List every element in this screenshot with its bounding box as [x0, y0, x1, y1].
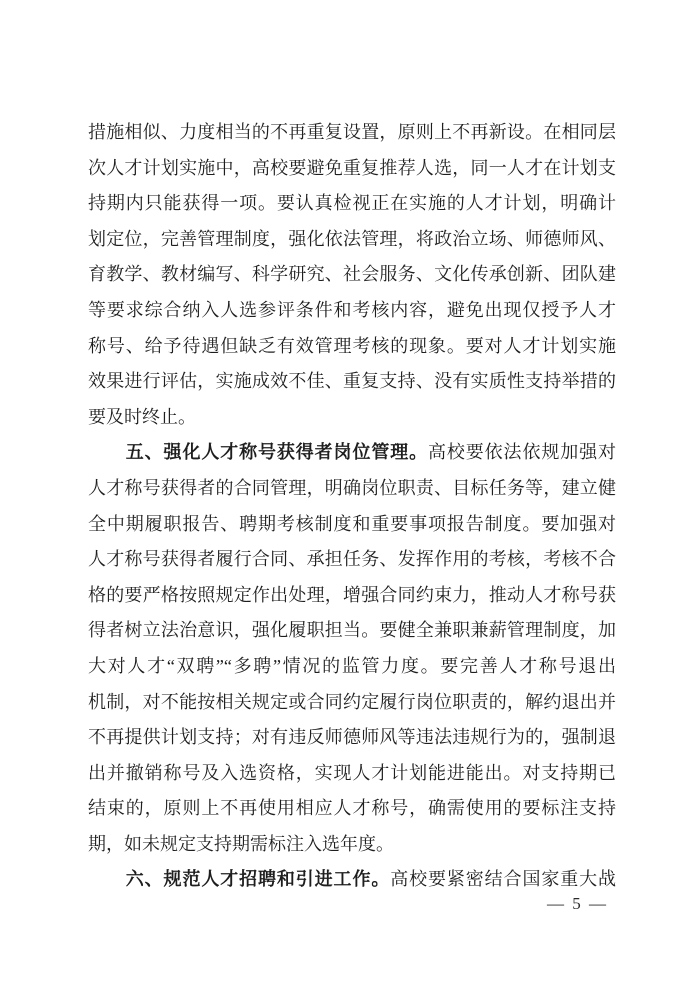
text-line: 措施相似、力度相当的不再重复设置，原则上不再新设。在相同层: [88, 115, 616, 151]
text-line: 次人才计划实施中，高校要避免重复推荐人选，同一人才在计划支: [88, 151, 616, 187]
text-line: 育教学、教材编写、科学研究、社会服务、文化传承创新、团队建设: [88, 257, 616, 293]
text-line: 效果进行评估，实施成效不佳、重复支持、没有实质性支持举措的: [88, 364, 616, 400]
text-segment: 措施相似、力度相当的不再重复设置，原则上不再新设。在相同层: [88, 122, 616, 142]
text-segment: 得者树立法治意识，强化履职担当。要健全兼职兼薪管理制度，加: [88, 620, 616, 640]
text-line: 不再提供计划支持；对有违反师德师风等违法违规行为的，强制退: [88, 720, 616, 756]
text-segment: 格的要严格按照规定作出处理，增强合同约束力，推动人才称号获: [88, 585, 616, 605]
text-line-section-5-heading: 五、强化人才称号获得者岗位管理。高校要依法依规加强对: [88, 435, 616, 471]
text-line: 人才称号获得者的合同管理，明确岗位职责、目标任务等，建立健: [88, 471, 616, 507]
text-segment: 期，如未规定支持期需标注入选年度。: [88, 834, 394, 854]
text-segment: 育教学、教材编写、科学研究、社会服务、文化传承创新、团队建设: [88, 264, 616, 293]
text-segment: 次人才计划实施中，高校要避免重复推荐人选，同一人才在计划支: [88, 158, 616, 178]
text-segment: 效果进行评估，实施成效不佳、重复支持、没有实质性支持举措的: [88, 371, 616, 391]
text-segment: 大对人才“双聘”“多聘”情况的监管力度。要完善人才称号退出: [88, 656, 616, 676]
text-line: 结束的，原则上不再使用相应人才称号，确需使用的要标注支持: [88, 791, 616, 827]
text-line: 人才称号获得者履行合同、承担任务、发挥作用的考核，考核不合: [88, 542, 616, 578]
text-segment: 高校要紧密结合国家重大战: [390, 869, 616, 889]
text-line: 等要求综合纳入人选参评条件和考核内容，避免出现仅授予人才: [88, 293, 616, 329]
text-line-section-6-heading: 六、规范人才招聘和引进工作。高校要紧密结合国家重大战: [88, 862, 616, 898]
text-line: 格的要严格按照规定作出处理，增强合同约束力，推动人才称号获: [88, 578, 616, 614]
text-segment: 划定位，完善管理制度，强化依法管理，将政治立场、师德师风、教: [88, 229, 616, 258]
text-line: 得者树立法治意识，强化履职担当。要健全兼职兼薪管理制度，加: [88, 613, 616, 649]
text-line: 期，如未规定支持期需标注入选年度。: [88, 827, 616, 863]
text-line: 全中期履职报告、聘期考核制度和重要事项报告制度。要加强对: [88, 507, 616, 543]
text-segment: 结束的，原则上不再使用相应人才称号，确需使用的要标注支持: [88, 798, 616, 818]
text-segment: 称号、给予待遇但缺乏有效管理考核的现象。要对人才计划实施: [88, 336, 616, 356]
document-text: 措施相似、力度相当的不再重复设置，原则上不再新设。在相同层 次人才计划实施中，高…: [88, 115, 616, 898]
text-segment: 人才称号获得者履行合同、承担任务、发挥作用的考核，考核不合: [88, 549, 616, 569]
bold-segment: 五、强化人才称号获得者岗位管理。: [88, 442, 428, 462]
text-line: 要及时终止。: [88, 400, 616, 436]
text-segment: 全中期履职报告、聘期考核制度和重要事项报告制度。要加强对: [88, 514, 616, 534]
document-page: 措施相似、力度相当的不再重复设置，原则上不再新设。在相同层 次人才计划实施中，高…: [0, 0, 700, 990]
text-segment: 持期内只能获得一项。要认真检视正在实施的人才计划，明确计: [88, 193, 616, 213]
text-segment: 不再提供计划支持；对有违反师德师风等违法违规行为的，强制退: [88, 727, 616, 747]
bold-segment: 六、规范人才招聘和引进工作。: [88, 869, 390, 889]
text-line: 划定位，完善管理制度，强化依法管理，将政治立场、师德师风、教: [88, 222, 616, 258]
text-segment: 要及时终止。: [88, 407, 196, 427]
text-line: 称号、给予待遇但缺乏有效管理考核的现象。要对人才计划实施: [88, 329, 616, 365]
text-segment: 机制，对不能按相关规定或合同约定履行岗位职责的，解约退出并: [88, 692, 616, 712]
text-segment: 人才称号获得者的合同管理，明确岗位职责、目标任务等，建立健: [88, 478, 616, 498]
text-segment: 高校要依法依规加强对: [428, 442, 616, 462]
text-line: 出并撤销称号及入选资格，实现人才计划能进能出。对支持期已: [88, 756, 616, 792]
text-segment: 等要求综合纳入人选参评条件和考核内容，避免出现仅授予人才: [88, 300, 616, 320]
text-line: 机制，对不能按相关规定或合同约定履行岗位职责的，解约退出并: [88, 685, 616, 721]
page-number: — 5 —: [547, 892, 608, 916]
text-segment: 出并撤销称号及入选资格，实现人才计划能进能出。对支持期已: [88, 763, 616, 783]
text-line: 持期内只能获得一项。要认真检视正在实施的人才计划，明确计: [88, 186, 616, 222]
text-line: 大对人才“双聘”“多聘”情况的监管力度。要完善人才称号退出: [88, 649, 616, 685]
